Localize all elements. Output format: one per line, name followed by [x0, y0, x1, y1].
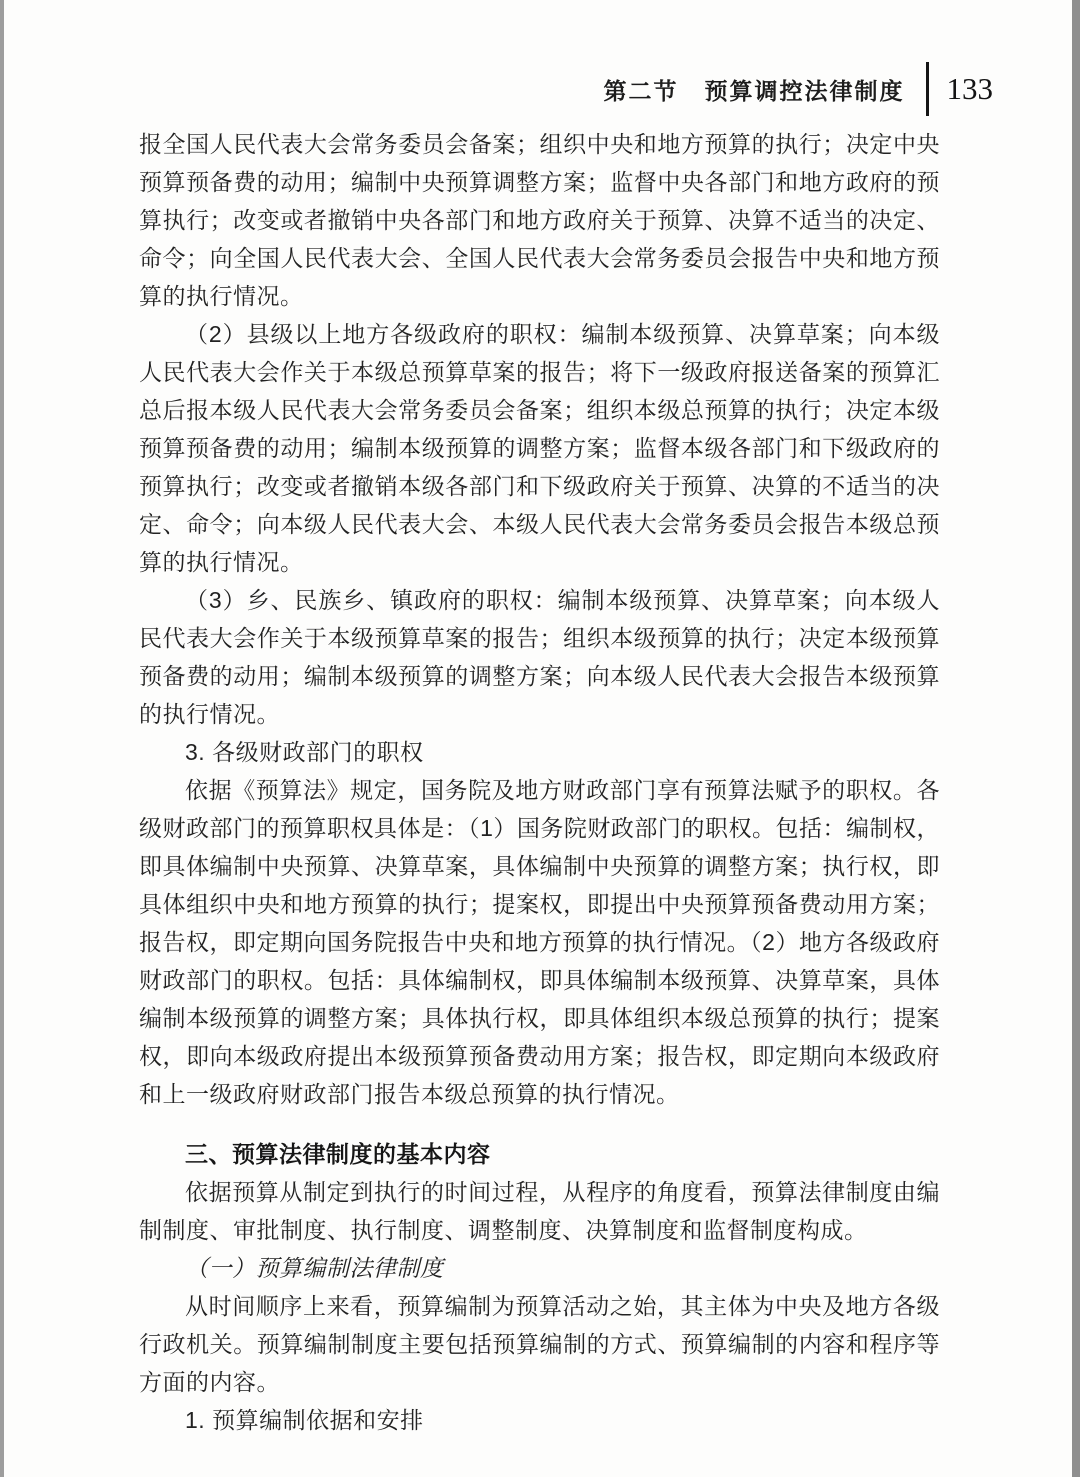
scanned-book-page: 第二节 预算调控法律制度 133 报全国人民代表大会常务委员会备案；组织中央和地…: [0, 0, 1080, 1477]
section-title: 预算调控法律制度: [705, 73, 905, 106]
heading-1-compilation-basis: 1. 预算编制依据和安排: [139, 1401, 940, 1439]
section-label: 第二节: [604, 73, 679, 106]
paragraph-system-overview: 依据预算从制定到执行的时间过程，从程序的角度看，预算法律制度由编制制度、审批制度…: [139, 1173, 940, 1249]
heading-section-three: 三、预算法律制度的基本内容: [139, 1135, 940, 1173]
paragraph-budget-compilation: 从时间顺序上来看，预算编制为预算活动之始，其主体为中央及地方各级行政机关。预算编…: [139, 1287, 940, 1401]
paragraph-continued-from-previous-page: 报全国人民代表大会常务委员会备案；组织中央和地方预算的执行；决定中央预算预备费的…: [139, 125, 940, 315]
paragraph-item-2-local-governments: （2）县级以上地方各级政府的职权：编制本级预算、决算草案；向本级人民代表大会作关…: [139, 315, 940, 581]
heading-sub-one-budget-compilation: （一）预算编制法律制度: [139, 1249, 940, 1287]
header-divider: [926, 62, 929, 116]
paragraph-item-3-township-governments: （3）乡、民族乡、镇政府的职权：编制本级预算、决算草案；向本级人民代表大会作关于…: [139, 581, 940, 733]
page-number: 133: [947, 71, 994, 107]
text-column: 报全国人民代表大会常务委员会备案；组织中央和地方预算的执行；决定中央预算预备费的…: [139, 125, 940, 1439]
scan-edge-right: [1072, 0, 1080, 1477]
running-header: 第二节 预算调控法律制度 133: [604, 62, 994, 116]
paragraph-finance-department-powers: 依据《预算法》规定，国务院及地方财政部门享有预算法赋予的职权。各级财政部门的预算…: [139, 771, 940, 1113]
scan-edge-left: [0, 0, 4, 1477]
heading-3-finance-departments: 3. 各级财政部门的职权: [139, 733, 940, 771]
